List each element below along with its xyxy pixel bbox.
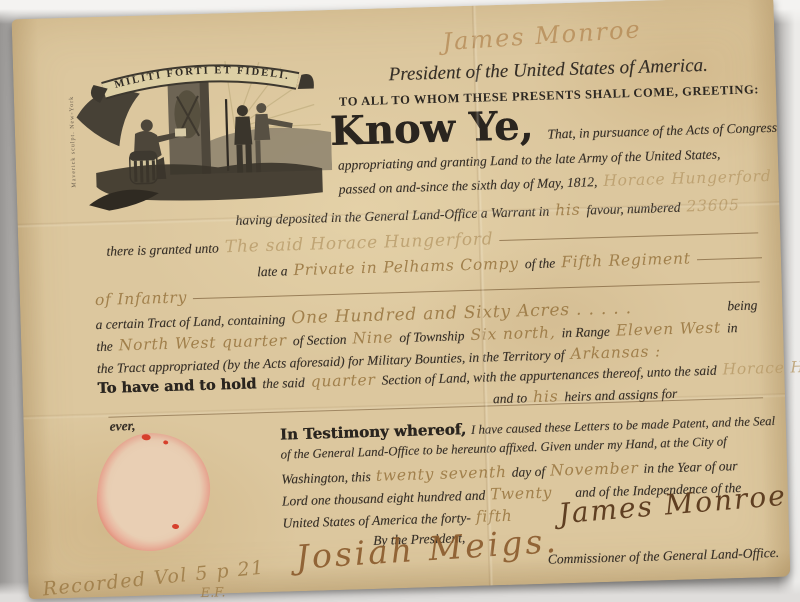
in-testimony-text: In Testimony whereof, xyxy=(280,420,467,444)
monument xyxy=(167,78,211,175)
foreground-rocks xyxy=(89,189,160,211)
tract-label-text: a certain Tract of Land, containing xyxy=(95,311,285,333)
loc-in-text: in xyxy=(727,320,738,336)
testimony-3e-text: in the Year of our xyxy=(643,458,737,477)
photo-backdrop: MILITI FORTI ET FIDELI. Maverick sculpt.… xyxy=(0,0,800,602)
know-ye-line: Know Ye, That, in pursuance of the Acts … xyxy=(329,97,777,154)
habendum-quarter-entry: quarter xyxy=(310,371,375,391)
ever-line: ever, xyxy=(109,418,135,435)
loc-in-range-text: in Range xyxy=(561,324,610,341)
ink-rule xyxy=(697,257,762,260)
warrant-post-text: favour, numbered xyxy=(586,200,680,219)
seal-wax-dot xyxy=(141,434,151,441)
testimony-4a-text: Lord one thousand eight hundred and xyxy=(282,488,486,510)
president-line-text: President of the United States of Americ… xyxy=(388,55,708,86)
infantry-entry: of Infantry xyxy=(95,288,188,309)
docket-name-script: James Monroe xyxy=(342,16,743,56)
passed-line-text: passed on and-since the sixth day of May… xyxy=(339,174,598,198)
warrant-number-entry: 23605 xyxy=(686,196,740,216)
seal-wax-dot xyxy=(163,440,168,445)
habendum-said-text: the said xyxy=(262,375,305,392)
service-mid-text: of the xyxy=(525,255,556,272)
testimony-3c-text: day of xyxy=(512,464,546,481)
date-month-entry: November xyxy=(550,459,639,480)
wax-seal-remnant xyxy=(92,428,216,558)
granted-name-entry: The said Horace Hungerford xyxy=(224,229,493,257)
ink-rule xyxy=(499,232,758,241)
to-have-text: To have and to hold xyxy=(97,375,256,397)
territory-entry: Arkansas : xyxy=(570,342,661,363)
service-pre-text: late a xyxy=(257,263,288,280)
service-unit-entry: Private in Pelhams Compy xyxy=(293,254,519,279)
seal-wax-dot xyxy=(172,524,180,530)
loc-range-entry: Eleven West xyxy=(616,319,722,340)
recorder-initials: E.F. xyxy=(200,585,225,601)
loc-of-section-text: of Section xyxy=(293,332,347,350)
vignette-engraving: MILITI FORTI ET FIDELI. xyxy=(75,48,334,213)
recorded-note: Recorded Vol 5 p 21 xyxy=(42,556,266,600)
ever-text: ever, xyxy=(109,418,135,435)
independence-year-entry: fifth xyxy=(476,507,513,526)
granted-label-text: there is granted unto xyxy=(106,240,219,259)
grantee-name-entry: Horace Hungerford xyxy=(603,167,772,190)
warrant-his-entry: his xyxy=(555,201,581,220)
land-patent-document: MILITI FORTI ET FIDELI. Maverick sculpt.… xyxy=(12,0,791,599)
that-line-text: That, in pursuance of the Acts of Congre… xyxy=(547,120,777,143)
loc-the-text: the xyxy=(96,339,113,355)
service-regiment-entry: Fifth Regiment xyxy=(561,249,691,271)
date-year-entry: Twenty xyxy=(490,484,553,504)
docket-name-text: James Monroe xyxy=(442,15,643,56)
date-day-entry: twenty seventh xyxy=(376,463,507,485)
tract-being-text: being xyxy=(727,297,757,314)
loc-section-entry: Nine xyxy=(352,328,393,347)
testimony-3a-text: Washington, this xyxy=(281,469,371,488)
loc-of-township-text: of Township xyxy=(399,328,465,346)
loc-township-entry: Six north, xyxy=(470,323,556,344)
loc-quarter-entry: North West quarter xyxy=(119,331,288,354)
know-ye-text: Know Ye, xyxy=(329,104,534,154)
habendum-name-entry: Horace Hung xyxy=(722,357,800,378)
